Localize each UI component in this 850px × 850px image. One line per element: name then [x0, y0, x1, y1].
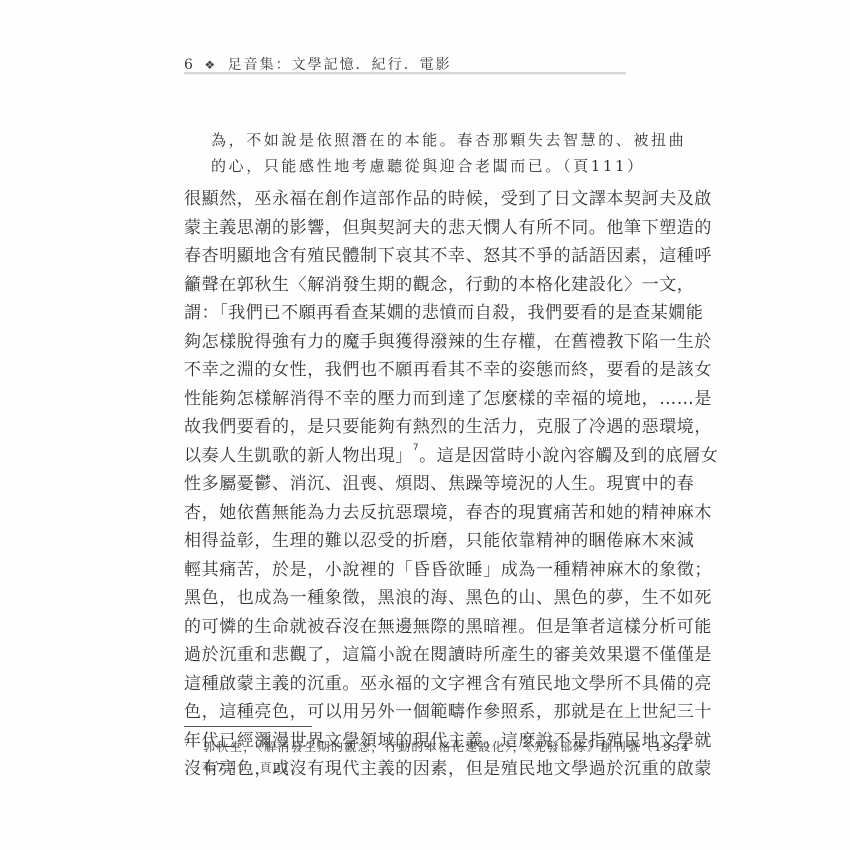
body-line: 輕其痛苦，於是，小說裡的「昏昏欲睡」成為一種精神麻木的象徵； [184, 556, 629, 585]
footnote-text: 年7月），頁21。 [203, 761, 305, 775]
book-title: 足音集：文學記憶．紀行．電影 [228, 57, 452, 73]
body-line: 性多屬憂鬱、消沉、沮喪、煩悶、焦躁等境況的人生。現實中的春 [184, 470, 629, 499]
body-line: 蒙主義思潮的影響，但與契訶夫的悲天憫人有所不同。他筆下塑造的 [184, 214, 629, 243]
quote-line: 為，不如說是依照潛在的本能。春杏那顆失去智慧的、被扭曲 [211, 127, 631, 153]
page-number: 6 [184, 57, 195, 73]
footnote-marker: 7 [184, 737, 203, 751]
body-line-tail: 。這是因當時小說內容觸及到的底層女 [419, 446, 718, 466]
body-line: 的可憐的生命就被吞沒在無邊無際的黑暗裡。但是筆者這樣分析可能 [184, 613, 629, 642]
body-line: 謂：「我們已不願再看查某嫺的悲憤而自殺，我們要看的是查某嫺能 [184, 299, 629, 328]
body-line: 夠怎樣脫得強有力的魔手與獲得潑辣的生存權，在舊禮教下陷一生於 [184, 328, 629, 357]
body-line: 過於沉重和悲觀了，這篇小說在閱讀時所產生的審美效果還不僅僅是 [184, 641, 629, 670]
running-header: 6 ❖ 足音集：文學記憶．紀行．電影 [184, 54, 626, 72]
body-line: 色，這種亮色，可以用另外一個範疇作參照系，那就是在上世紀三十 [184, 698, 629, 727]
body-line: 相得益彰，生理的難以忍受的折磨，只能依靠精神的睏倦麻木來減 [184, 527, 629, 556]
body-line: 性能夠怎樣解消得不幸的壓力而到達了怎麼樣的幸福的境地，……是 [184, 385, 629, 414]
body-line: 籲聲在郭秋生〈解消發生期的觀念，行動的本格化建設化〉一文， [184, 271, 629, 300]
body-line: 不幸之淵的女性，我們也不願再看其不幸的姿態而終，要看的是該女 [184, 356, 629, 385]
body-line: 春杏明顯地含有殖民體制下哀其不幸、怒其不爭的話語因素，這種呼 [184, 242, 629, 271]
body-line-text: 以奏人生凱歌的新人物出現」 [184, 446, 413, 466]
book-page: 6 ❖ 足音集：文學記憶．紀行．電影 為，不如說是依照潛在的本能。春杏那顆失去智… [0, 0, 850, 850]
footnote-line: 年7月），頁21。 [184, 758, 629, 779]
body-line: 很顯然，巫永福在創作這部作品的時候，受到了日文譯本契訶夫及啟 [184, 185, 629, 214]
diamond-ornament-icon: ❖ [204, 58, 217, 72]
footnote-text: 郭秋生，〈解消發生期的觀念，行動的本格化建設化〉，《先發部隊》創刊號（1934 [203, 740, 690, 754]
body-line: 以奏人生凱歌的新人物出現」7。這是因當時小說內容觸及到的底層女 [184, 442, 629, 471]
block-quote: 為，不如說是依照潛在的本能。春杏那顆失去智慧的、被扭曲 的心，只能感性地考慮聽從… [211, 127, 631, 179]
body-line: 黑色，也成為一種象徵，黑浪的海、黑色的山、黑色的夢，生不如死 [184, 584, 629, 613]
body-line: 杏，她依舊無能為力去反抗惡環境，春杏的現實痛苦和她的精神麻木 [184, 499, 629, 528]
quote-line: 的心，只能感性地考慮聽從與迎合老闆而已。（頁111） [211, 153, 631, 179]
header-divider [184, 72, 626, 75]
body-line: 這種啟蒙主義的沉重。巫永福的文字裡含有殖民地文學所不具備的亮 [184, 670, 629, 699]
footnote-line: 7郭秋生，〈解消發生期的觀念，行動的本格化建設化〉，《先發部隊》創刊號（1934 [184, 737, 629, 758]
footnote-7: 7郭秋生，〈解消發生期的觀念，行動的本格化建設化〉，《先發部隊》創刊號（1934… [184, 737, 629, 779]
body-paragraph: 很顯然，巫永福在創作這部作品的時候，受到了日文譯本契訶夫及啟 蒙主義思潮的影響，… [184, 185, 629, 784]
body-line: 故我們要看的，是只要能夠有熱烈的生活力，克服了冷遇的惡環境， [184, 413, 629, 442]
footnote-divider [184, 726, 312, 727]
